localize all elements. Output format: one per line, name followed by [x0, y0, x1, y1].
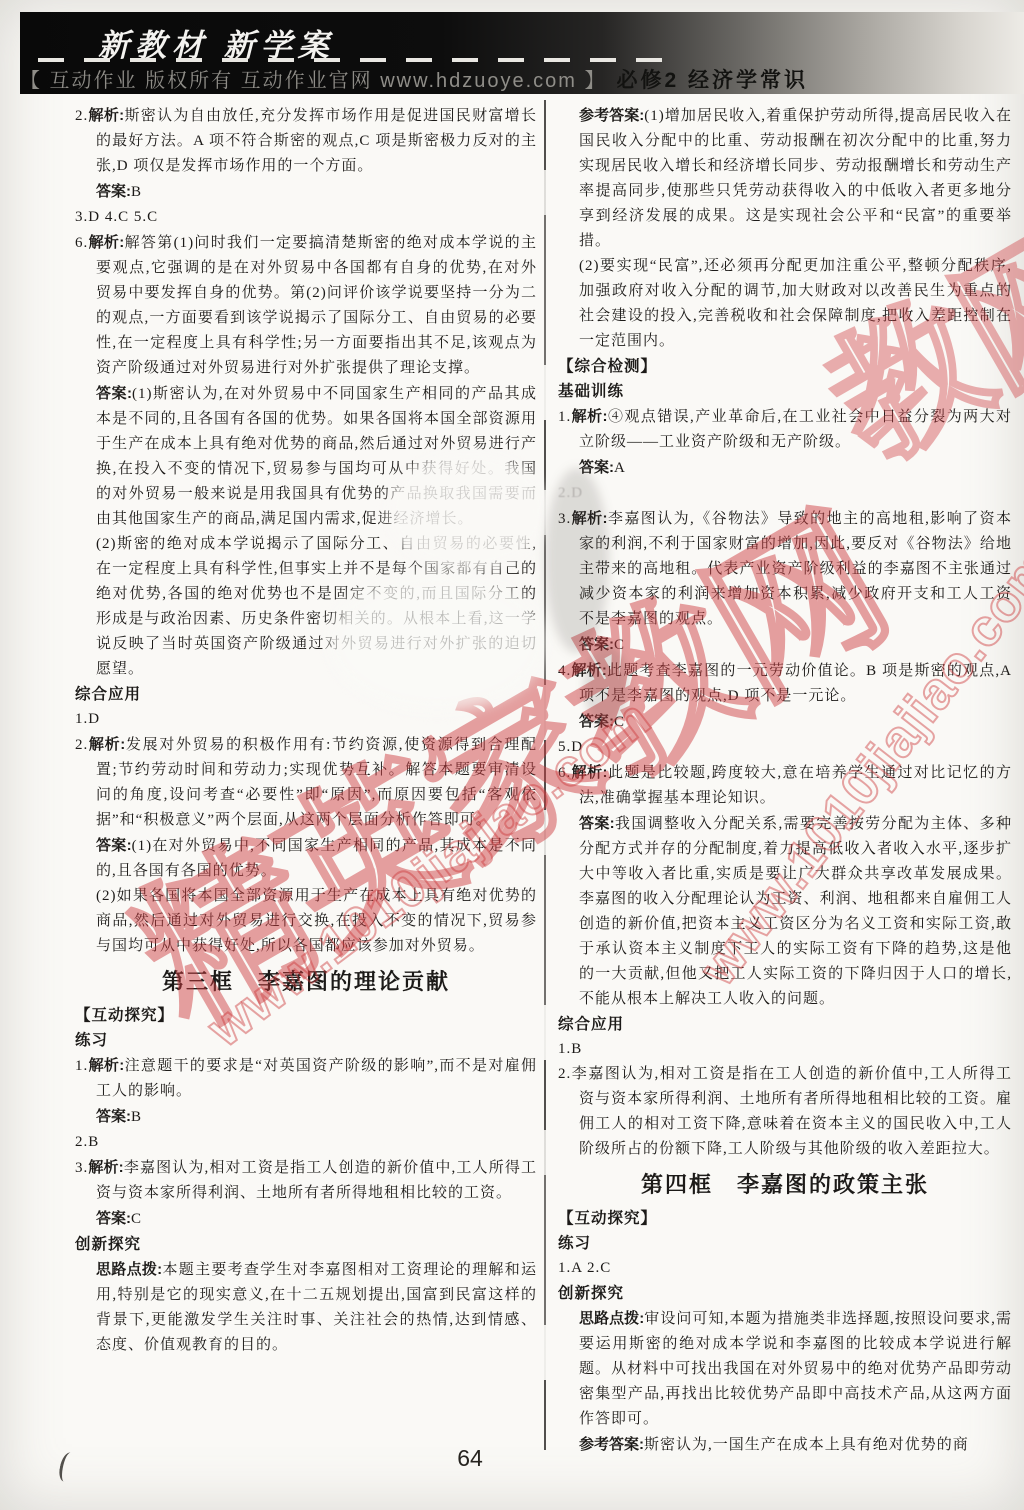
daan-label: 答案: [96, 385, 132, 402]
subsection-chuangxin-tanjiu: 创新探究 [558, 1281, 1012, 1306]
scanned-workbook-page: 新教材 新学案 【 互动作业 版权所有 互动作业官网 www.hdzuoye.c… [0, 0, 1024, 1510]
answer-line: 答案:B [75, 179, 537, 205]
dashed-rule [38, 58, 678, 62]
answer-item: 4.解析:此题考查李嘉图的一元劳动价值论。B 项是斯密的观点,A 项不是李嘉图的… [558, 658, 1012, 709]
ink-smudge [58, 1451, 78, 1483]
jiexi-label: 解析: [88, 736, 125, 753]
hint-paragraph: 思路点拨:审设问可知,本题为措施类非选择题,按照设问要求,需要运用斯密的绝对成本… [558, 1306, 1012, 1432]
answer-text: (1)在对外贸易中,不同国家生产相同的产品,其成本是不同的,且各国有各国的优势。 [96, 838, 537, 879]
answer-text: 我国调整收入分配关系,需要完善按劳分配为主体、多种分配方式并存的分配制度,着力提… [579, 816, 1012, 1007]
silu-dianbo-label: 思路点拨: [96, 1261, 162, 1278]
answer-line: 答案:(1)斯密认为,在对外贸易中不同国家生产相同的产品其成本是不同的,且各国有… [75, 381, 537, 532]
silu-dianbo-label: 思路点拨: [579, 1310, 644, 1327]
subsection-lianxi: 练习 [75, 1028, 537, 1053]
analysis-text: 斯密认为自由放任,充分发挥市场作用是促进国民财富增长的最好方法。A 项不符合斯密… [96, 108, 537, 174]
answer-continued: (2)如果各国将本国全部资源用于生产在成本上具有绝对优势的商品,然后通过对外贸易… [75, 884, 537, 959]
column-divider [544, 100, 546, 1450]
answer-text: A [614, 460, 626, 476]
answer-line: 答案:C [558, 709, 1012, 735]
daan-label: 答案: [96, 1210, 131, 1227]
choice-answer: 1.B [558, 1037, 1012, 1062]
subsection-chuangxin-tanjiu: 创新探究 [75, 1232, 537, 1257]
choice-answers-row: 3.D 4.C 5.C [75, 205, 537, 230]
item-number: 6. [75, 235, 88, 251]
left-column: 2.解析:斯密认为自由放任,充分发挥市场作用是促进国民财富增长的最好方法。A 项… [75, 103, 537, 1358]
jiexi-label: 解析: [88, 1159, 123, 1176]
answer-item: 2.解析:斯密认为自由放任,充分发挥市场作用是促进国民财富增长的最好方法。A 项… [75, 103, 537, 179]
jiexi-label: 解析: [571, 662, 607, 679]
reference-answer: 参考答案:斯密认为,一国生产在成本上具有绝对优势的商 [558, 1432, 1012, 1458]
subsection-lianxi: 练习 [558, 1231, 1012, 1256]
section-title-frame4: 第四框 李嘉图的政策主张 [558, 1170, 1012, 1200]
answer-continued: (2)要实现“民富”,还必须再分配更加注重公平,整顿分配秩序,加强政府对收入分配… [558, 254, 1012, 354]
answer-text: (1)增加居民收入,着重保护劳动所得,提高居民收入在国民收入分配中的比重、劳动报… [579, 108, 1012, 249]
copyright-line: 【 互动作业 版权所有 互动作业官网 www.hdzuoye.com 】 [20, 64, 607, 93]
daan-label: 答案: [579, 459, 614, 476]
subsection-jichu-xunlian: 基础训练 [558, 379, 1012, 404]
choice-answer: 1.D [75, 707, 537, 732]
right-column: 参考答案:(1)增加居民收入,着重保护劳动所得,提高居民收入在国民收入分配中的比… [558, 103, 1012, 1463]
daan-label: 答案: [579, 636, 614, 653]
item-number: 6. [558, 765, 571, 781]
item-number: 2. [558, 1066, 571, 1082]
answer-line: 答案:(1)在对外贸易中,不同国家生产相同的产品,其成本是不同的,且各国有各国的… [75, 833, 537, 884]
jiexi-label: 解析: [88, 1057, 124, 1074]
answer-continued: (2)斯密的绝对成本学说揭示了国际分工、自由贸易的必要性,在一定程度上具有科学性… [75, 532, 537, 682]
answer-item: 1.解析:注意题干的要求是“对英国资产阶级的影响”,而不是对雇佣工人的影响。 [75, 1053, 537, 1104]
answer-item: 3.解析:李嘉图认为,相对工资是指工人创造的新价值中,工人所得工资与资本家所得利… [75, 1155, 537, 1206]
choice-answer: 2.B [75, 1130, 537, 1155]
analysis-text: 李嘉图认为,《谷物法》导致的地主的高地租,影响了资本家的利润,不利于国家财富的增… [579, 511, 1012, 627]
answer-line: 答案:A [558, 455, 1012, 481]
item-number: 2. [75, 737, 88, 753]
daan-label: 答案: [96, 183, 131, 200]
choice-answers-row: 1.A 2.C [558, 1256, 1012, 1281]
answer-text: C [131, 1211, 142, 1227]
item-number: 1. [558, 409, 571, 425]
analysis-text: ④观点错误,产业革命后,在工业社会中日益分裂为两大对立阶级——工业资产阶级和无产… [579, 409, 1012, 450]
answer-line: 答案:C [75, 1206, 537, 1232]
choice-answer: 5.D [558, 735, 1012, 760]
jiexi-label: 解析: [571, 408, 607, 425]
jiexi-label: 解析: [88, 234, 124, 251]
answer-line: 答案:C [558, 632, 1012, 658]
jiexi-label: 解析: [571, 764, 607, 781]
jiexi-label: 解析: [571, 510, 607, 527]
analysis-text: 李嘉图认为,相对工资是指工人创造的新价值中,工人所得工资与资本家所得利润、土地所… [96, 1160, 537, 1201]
item-number: 4. [558, 663, 571, 679]
faded-choice-answer: 2.D [558, 481, 1012, 506]
answer-text: 李嘉图认为,相对工资是指在工人创造的新价值中,工人所得工资与资本家所得利润、土地… [571, 1066, 1012, 1157]
answer-line: 答案:B [75, 1104, 537, 1130]
subsection-zonghe-yingyong: 综合应用 [75, 682, 537, 707]
analysis-text: 解答第(1)问时我们一定要搞清楚斯密的绝对成本学说的主要观点,它强调的是在对外贸… [96, 235, 537, 376]
answer-text: 斯密认为,一国生产在成本上具有绝对优势的商 [644, 1437, 969, 1453]
jiexi-label: 解析: [88, 107, 124, 124]
analysis-text: 此题考查李嘉图的一元劳动价值论。B 项是斯密的观点,A 项不是李嘉图的观点,D … [579, 663, 1012, 704]
cankao-daan-label: 参考答案: [579, 1436, 644, 1453]
daan-label: 答案: [96, 837, 132, 854]
daan-label: 答案: [579, 815, 615, 832]
answer-item: 2.解析:发展对外贸易的积极作用有:节约资源,使资源得到合理配置;节约劳动时间和… [75, 732, 537, 833]
answer-line: 答案:我国调整收入分配关系,需要完善按劳分配为主体、多种分配方式并存的分配制度,… [558, 811, 1012, 1012]
daan-label: 答案: [96, 1108, 131, 1125]
analysis-text: 发展对外贸易的积极作用有:节约资源,使资源得到合理配置;节约劳动时间和劳动力;实… [96, 737, 537, 828]
answer-text: (1)斯密认为,在对外贸易中不同国家生产相同的产品其成本是不同的,且各国有各国的… [96, 386, 537, 527]
answer-item: 6.解析:解答第(1)问时我们一定要搞清楚斯密的绝对成本学说的主要观点,它强调的… [75, 230, 537, 381]
answer-text: C [614, 637, 625, 653]
answer-item: 6.解析:此题是比较题,跨度较大,意在培养学生通过对比记忆的方法,准确掌握基本理… [558, 760, 1012, 811]
subsection-hudong-tanjiu: 【互动探究】 [558, 1206, 1012, 1231]
subsection-hudong-tanjiu: 【互动探究】 [75, 1003, 537, 1028]
answer-item: 1.解析:④观点错误,产业革命后,在工业社会中日益分裂为两大对立阶级——工业资产… [558, 404, 1012, 455]
header-row: 【 互动作业 版权所有 互动作业官网 www.hdzuoye.com 】 必修2… [20, 64, 1020, 94]
answer-item: 3.解析:李嘉图认为,《谷物法》导致的地主的高地租,影响了资本家的利润,不利于国… [558, 506, 1012, 632]
page-number: 64 [440, 1445, 500, 1472]
hint-text: 本题主要考查学生对李嘉图相对工资理论的理解和运用,特别是它的现实意义,在十二五规… [96, 1262, 537, 1353]
subsection-zonghe-yingyong: 综合应用 [558, 1012, 1012, 1037]
analysis-text: 此题是比较题,跨度较大,意在培养学生通过对比记忆的方法,准确掌握基本理论知识。 [579, 765, 1012, 806]
section-title-frame3: 第三框 李嘉图的理论贡献 [75, 967, 537, 997]
header-band: 新教材 新学案 【 互动作业 版权所有 互动作业官网 www.hdzuoye.c… [20, 12, 1024, 94]
item-number: 3. [558, 511, 571, 527]
item-number: 1. [75, 1058, 88, 1074]
answer-text: B [131, 1109, 142, 1125]
subsection-zonghe-jiance: 【综合检测】 [558, 354, 1012, 379]
analysis-text: 注意题干的要求是“对英国资产阶级的影响”,而不是对雇佣工人的影响。 [96, 1058, 537, 1099]
hint-text: 审设问可知,本题为措施类非选择题,按照设问要求,需要运用斯密的绝对成本学说和李嘉… [579, 1311, 1012, 1427]
daan-label: 答案: [579, 713, 614, 730]
hint-paragraph: 思路点拨:本题主要考查学生对李嘉图相对工资理论的理解和运用,特别是它的现实意义,… [75, 1257, 537, 1358]
item-number: 3. [75, 1160, 88, 1176]
book-title: 必修2 经济学常识 [617, 64, 809, 94]
cankao-daan-label: 参考答案: [579, 107, 644, 124]
item-number: 2. [75, 108, 88, 124]
answer-text: C [614, 714, 625, 730]
answer-text: B [131, 184, 142, 200]
reference-answer: 参考答案:(1)增加居民收入,着重保护劳动所得,提高居民收入在国民收入分配中的比… [558, 103, 1012, 254]
answer-item: 2.李嘉图认为,相对工资是指在工人创造的新价值中,工人所得工资与资本家所得利润、… [558, 1062, 1012, 1162]
